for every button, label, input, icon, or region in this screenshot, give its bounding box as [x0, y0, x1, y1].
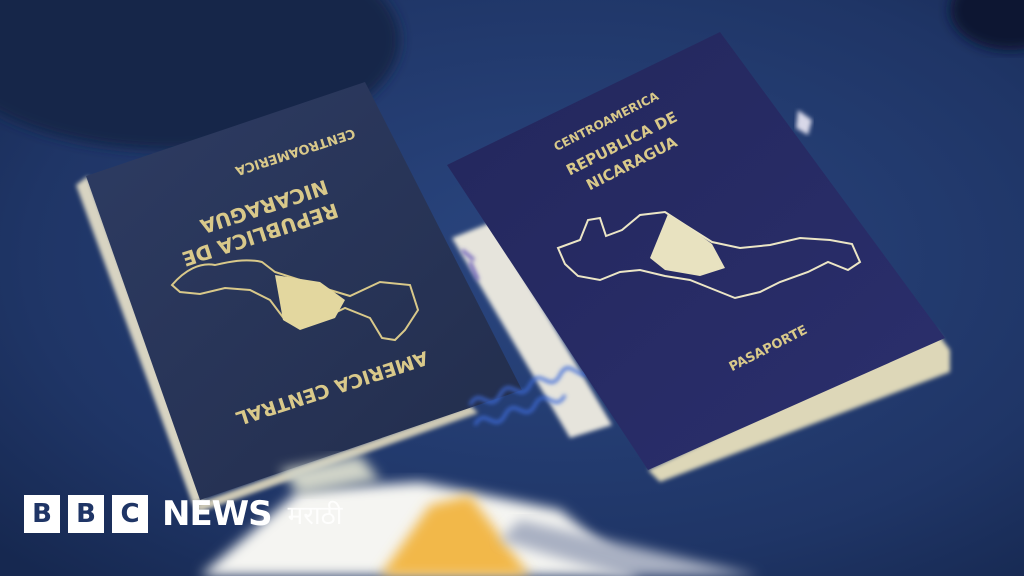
- logo-block-b2: B: [68, 495, 104, 533]
- logo-block-c: C: [112, 495, 148, 533]
- logo-news-text: NEWS: [162, 494, 272, 534]
- logo-language-text: मराठी: [288, 496, 343, 532]
- bbc-news-marathi-logo: B B C NEWS मराठी: [24, 494, 342, 534]
- photo-scene: CENTROAMERICA NICARAGUA REPUBLICA DE AME…: [0, 0, 1024, 576]
- logo-block-b1: B: [24, 495, 60, 533]
